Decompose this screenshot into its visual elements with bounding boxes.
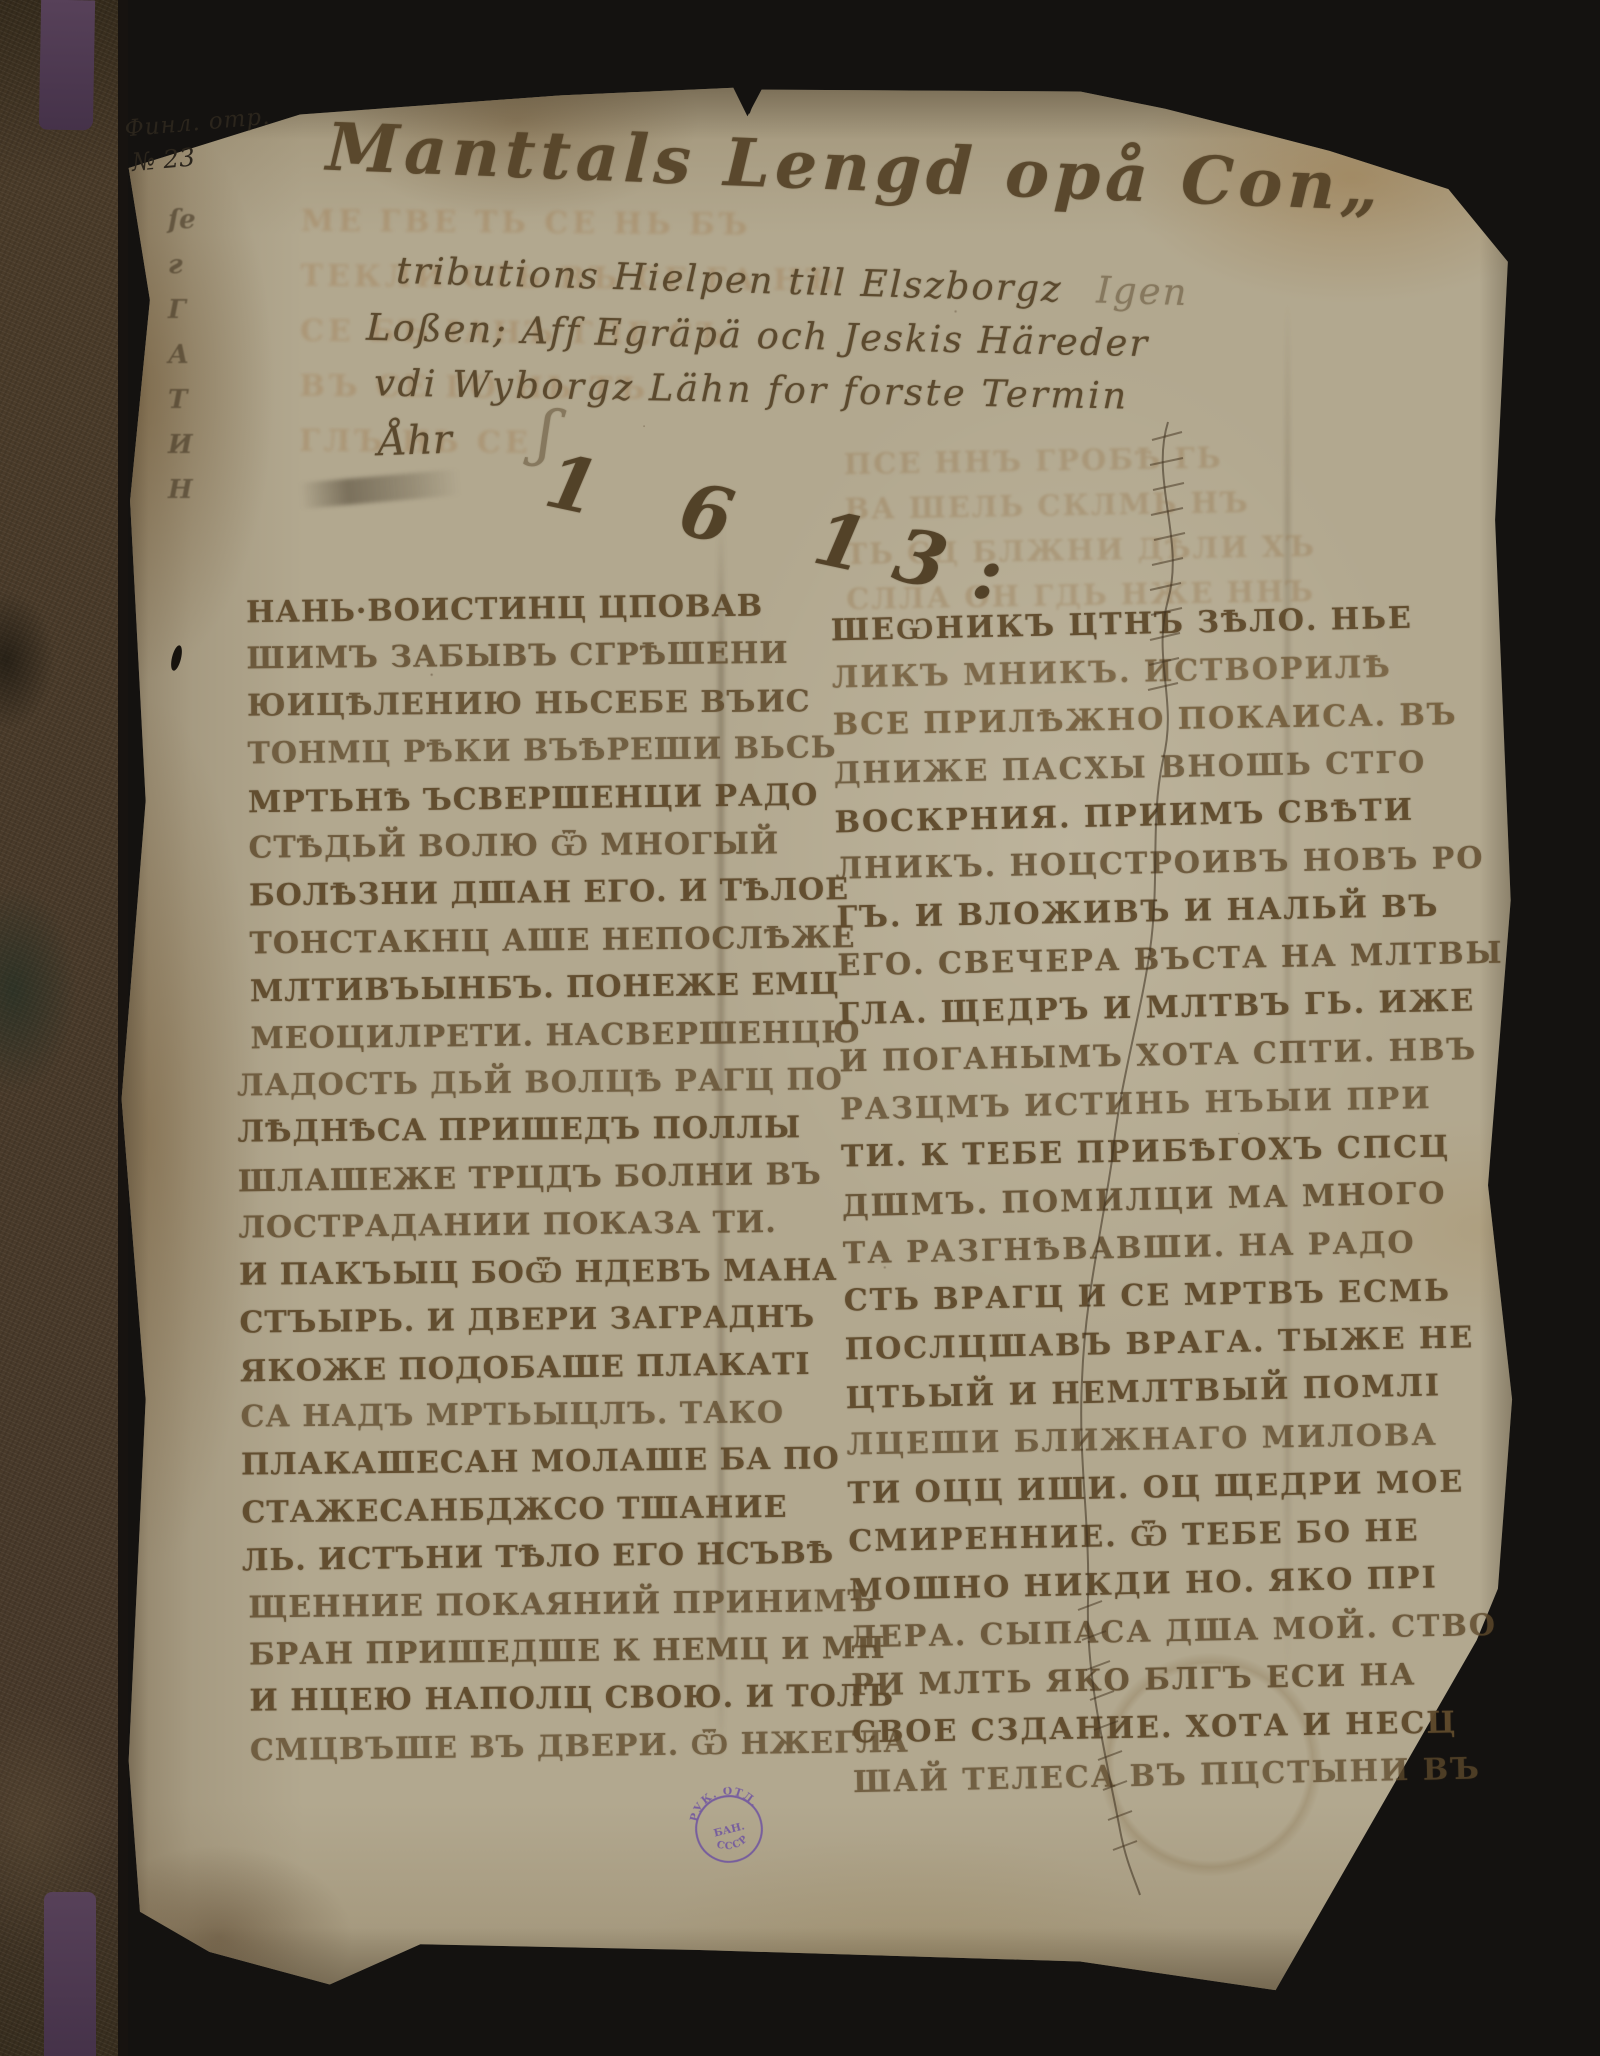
- slavonic-left-column: НАНЬ·ВОИСТИНЦ ЦПОВАВШИМЪ ЗАБЫВЪ СГРѢШЕНИ…: [246, 582, 909, 1774]
- manuscript-text-line: ЛѢДНѢСА ПРИШЕДЪ ПОЛЛЫ: [237, 1104, 902, 1157]
- manuscript-text-line: ТОНСТАКНЦ АШЕ НЕПОСЛѢЖЕ: [249, 913, 900, 967]
- slavonic-right-column: ШЕѠНИКЪ ЦТНЪ ЗѢЛО. НЬЕЛИКЪ МНИКЪ. ИСТВОР…: [831, 594, 1520, 1807]
- manuscript-text-line: МЛТИВЪЫНБЪ. ПОНЕЖЕ ЕМЦ: [250, 960, 901, 1016]
- parchment-top-notch: [737, 79, 762, 115]
- ghost-letter: И: [168, 423, 196, 468]
- manuscript-text-line: ШИМЪ ЗАБЫВЪ СГРѢШЕНИ: [246, 629, 897, 683]
- manuscript-photo-page: { "photo": { "backdrop_color": "#141210"…: [0, 0, 1600, 2056]
- spine-cloth-top: [39, 0, 95, 130]
- ghost-letter: ſе: [168, 198, 196, 243]
- spine-cloth-bottom: [44, 1892, 96, 2056]
- manuscript-text-line: НАНЬ·ВОИСТИНЦ ЦПОВАВ: [246, 581, 897, 637]
- ghost-line: МЕ ГВЕ ТЬ СЕ НЬ БЪ: [301, 194, 839, 254]
- manuscript-text-line: СТѢДЬЙ ВОЛЮ Ѿ МНОГЫЙ: [248, 819, 899, 872]
- manuscript-text-line: ЯКОЖЕ ПОДОБАШЕ ПЛАКАТІ: [240, 1339, 905, 1395]
- ghost-letter: Н: [168, 468, 196, 513]
- manuscript-text-line: ЮИЦѢЛЕНИЮ НЬСЕБЕ ВЪИС: [247, 677, 898, 730]
- manuscript-text-line: СТАЖЕСАНБДЖСО ТШАНИЕ: [241, 1482, 906, 1536]
- manuscript-text-line: ЛЬ. ИСТЪНИ ТѢЛО ЕГО НСЪВѢ: [242, 1529, 907, 1585]
- archive-shelfmark-note: Финл. отр. № 23: [123, 100, 274, 180]
- manuscript-text-line: ЛОСТРАДАНИИ ПОКАЗА ТИ.: [238, 1198, 903, 1252]
- manuscript-text-line: ЛАДОСТЬ ДЬЙ ВОЛЦѢ РАГЦ ПО: [237, 1056, 902, 1110]
- manuscript-text-line: МЕОЦИЛРЕТИ. НАСВЕРШЕНЦЮ: [250, 1008, 901, 1062]
- board-edge-shadow: [118, 0, 128, 2056]
- header-year-label: Åhr: [377, 417, 452, 466]
- ghost-letter: Т: [168, 378, 196, 423]
- ghost-letter: А: [168, 333, 196, 378]
- manuscript-text-line: ШЛАШЕЖЕ ТРЦДЪ БОЛНИ ВЪ: [238, 1150, 903, 1206]
- manuscript-text-line: БОЛѢЗНИ ДШАН ЕГО. И ТѢЛОЕ: [249, 866, 900, 920]
- manuscript-text-line: И ПАКЪЫЦ БОѾ НДЕВЪ МАНА: [239, 1246, 904, 1299]
- manuscript-text-line: ЩЕННИЕ ПОКАЯНИЙ ПРИНИМЪ: [248, 1577, 907, 1631]
- manuscript-text-line: ТОНМЦ РѢКИ ВЪѢРЕШИ ВЬСЬ: [247, 724, 898, 778]
- header-line2-tail: Igen: [1096, 269, 1189, 315]
- manuscript-text-line: МРТЬНѢ ЪСВЕРШЕНЦИ РАДО: [248, 770, 899, 826]
- ghost-letter: Г: [168, 288, 196, 333]
- manuscript-text-line: СА НАДЪ МРТЬЫЦЛЪ. ТАКО: [240, 1388, 905, 1441]
- margin-ghost-letters: ſегГАТИН: [168, 198, 196, 513]
- ghost-letter: г: [168, 243, 196, 288]
- book-cover-board: [0, 0, 124, 2056]
- manuscript-text-line: СМЦВЪШЕ ВЪ ДВЕРИ. Ѿ НЖЕГЛА: [250, 1718, 909, 1774]
- manuscript-text-line: БРАН ПРИШЕДШЕ К НЕМЦ И МН: [249, 1625, 908, 1679]
- manuscript-text-line: СТЪЫРЬ. И ДВЕРИ ЗАГРАДНЪ: [239, 1293, 904, 1347]
- manuscript-text-line: И НЦЕЮ НАПОЛЦ СВОЮ. И ТОЛЪ: [249, 1673, 908, 1726]
- manuscript-text-line: ПЛАКАШЕСАН МОЛАШЕ БА ПО: [241, 1435, 906, 1489]
